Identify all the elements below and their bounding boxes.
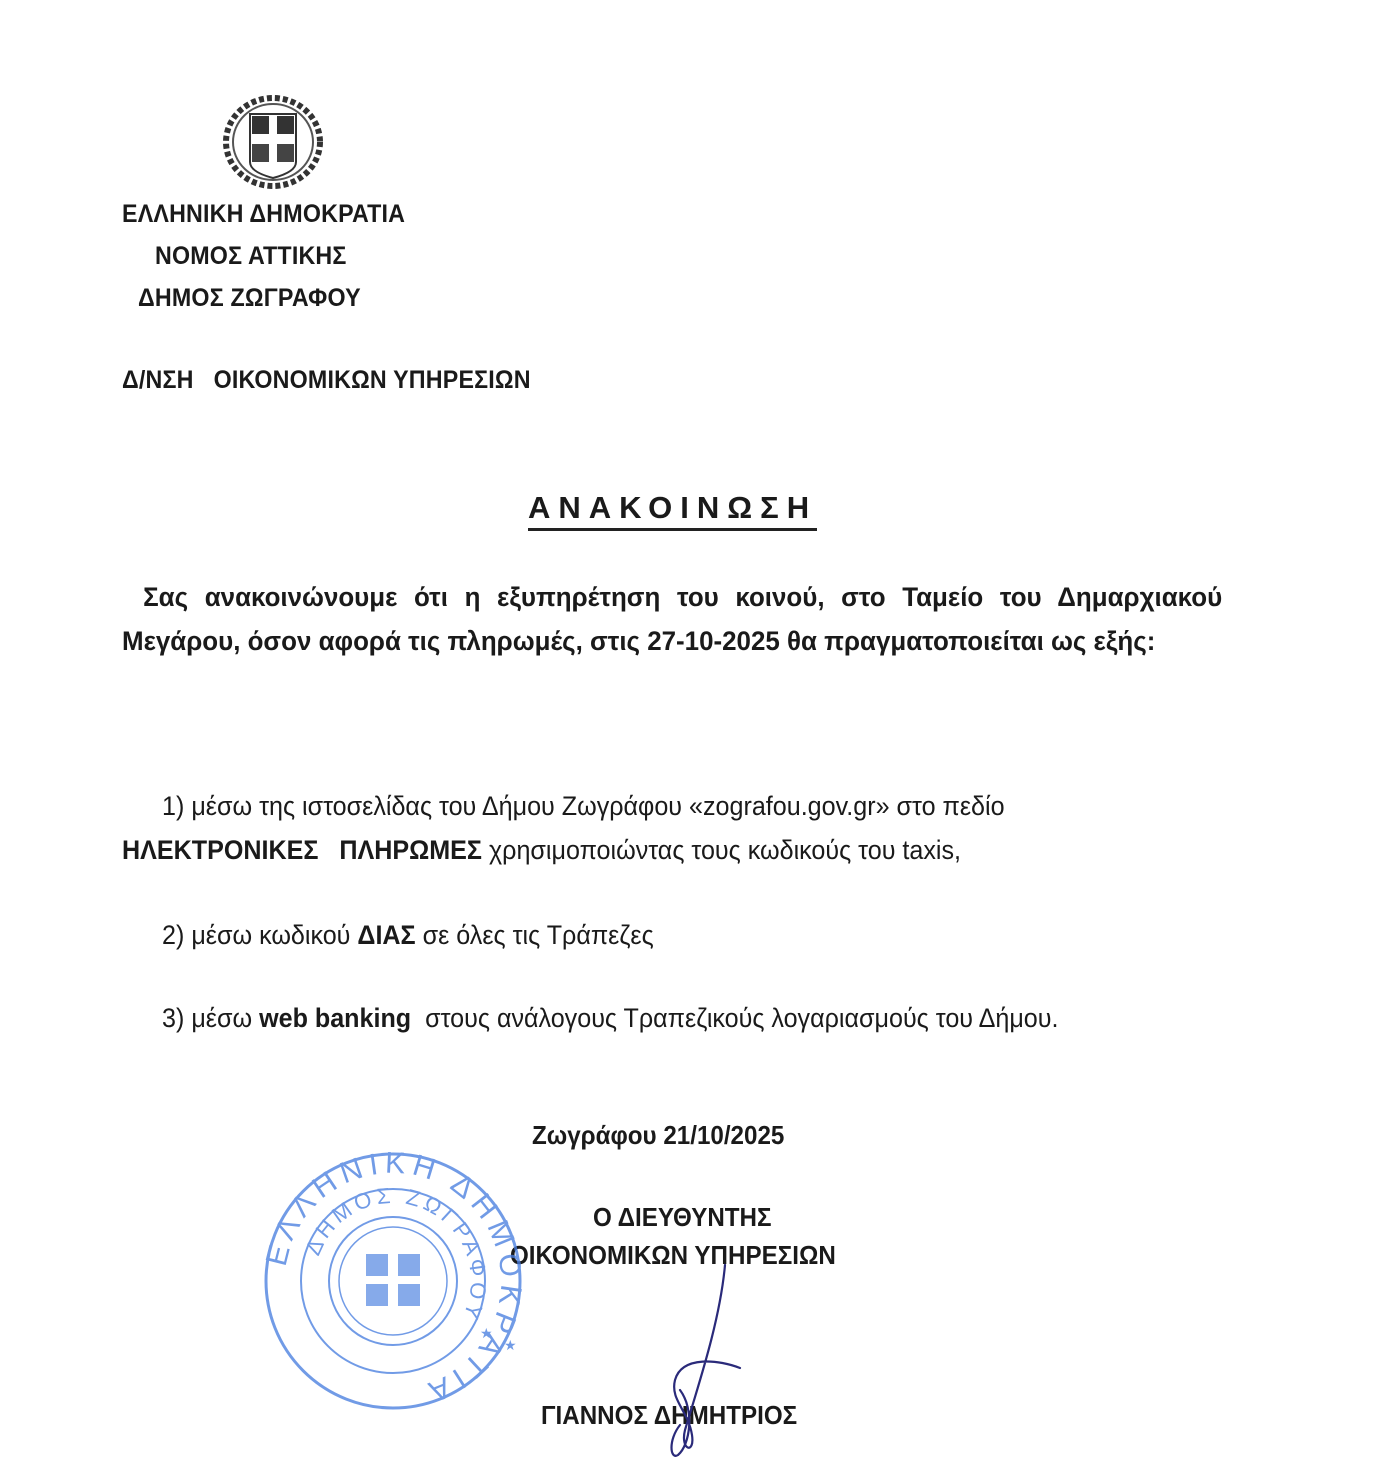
- svg-text:★: ★: [504, 1337, 517, 1353]
- page-title: ΑΝΑΚΟΙΝΩΣΗ: [528, 490, 817, 531]
- signer-role: Ο ΔΙΕΥΘΥΝΤΗΣ: [593, 1202, 772, 1233]
- place-date: Ζωγράφου 21/10/2025: [532, 1120, 784, 1151]
- list-item-3: 3) μέσω web banking στους ανάλογους Τραπ…: [162, 996, 1058, 1040]
- list-item-1: 1) μέσω της ιστοσελίδας του Δήμου Ζωγράφ…: [162, 784, 1005, 828]
- svg-text:★: ★: [480, 1325, 493, 1341]
- coat-of-arms-emblem: [218, 92, 328, 192]
- header-department: Δ/ΝΣΗ ΟΙΚΟΝΟΜΙΚΩΝ ΥΠΗΡΕΣΙΩΝ: [122, 366, 531, 395]
- list-item-2: 2) μέσω κωδικού ΔΙΑΣ σε όλες τις Τράπεζε…: [162, 913, 654, 957]
- official-stamp: ΕΛΛΗΝΙΚΗ ΔΗΜΟΚΡΑΤΙΑ ΔΗΜΟΣ ΖΩΓΡΑΦΟΥ ★ ★: [262, 1150, 524, 1412]
- header-republic: ΕΛΛΗΝΙΚΗ ΔΗΜΟΚΡΑΤΙΑ: [122, 200, 405, 229]
- list-item-1-cont: ΗΛΕΚΤΡΟΝΙΚΕΣ ΠΛΗΡΩΜΕΣ χρησιμοποιώντας το…: [122, 828, 961, 872]
- handwritten-signature: [640, 1260, 760, 1460]
- header-prefecture: ΝΟΜΟΣ ΑΤΤΙΚΗΣ: [155, 242, 347, 271]
- header-municipality: ΔΗΜΟΣ ΖΩΓΡΑΦΟΥ: [138, 284, 361, 313]
- intro-paragraph: Σας ανακοινώνουμε ότι η εξυπηρέτηση του …: [122, 575, 1222, 663]
